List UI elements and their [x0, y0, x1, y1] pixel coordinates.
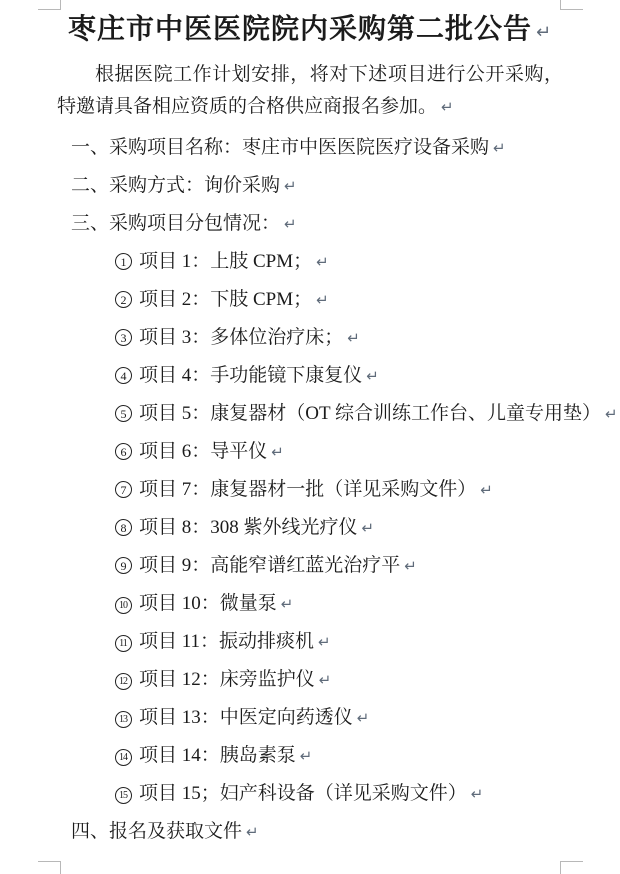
paragraph-mark-icon: ↵ — [347, 329, 360, 347]
section-heading-text: 一、采购项目名称：枣庄市中医医院医疗设备采购 — [71, 137, 489, 158]
list-item: 7项目 7：康复器材一批（详见采购文件）↵ — [115, 471, 563, 509]
item-number-badge: 13 — [115, 711, 132, 728]
item-number-badge: 15 — [115, 787, 132, 804]
item-number-badge: 5 — [115, 405, 132, 422]
item-text: 项目 14：胰岛素泵 — [139, 745, 296, 766]
doc-title-text: 枣庄市中医医院院内采购第二批公告 — [68, 14, 532, 45]
item-text: 项目 6：导平仪 — [139, 441, 267, 462]
section-heading-text: 四、报名及获取文件 — [71, 821, 242, 842]
item-text: 项目 7：康复器材一批（详见采购文件） — [139, 479, 476, 500]
list-item: 6项目 6：导平仪↵ — [115, 433, 563, 471]
section-heading-1: 一、采购项目名称：枣庄市中医医院医疗设备采购↵ — [71, 129, 563, 167]
paragraph-mark-icon: ↵ — [471, 785, 484, 803]
intro-paragraph: 根据医院工作计划安排，将对下述项目进行公开采购，特邀请具备相应资质的合格供应商报… — [57, 59, 563, 123]
item-text: 项目 10：微量泵 — [139, 593, 277, 614]
list-item: 3项目 3：多体位治疗床；↵ — [115, 319, 563, 357]
list-item: 12项目 12：床旁监护仪↵ — [115, 661, 563, 699]
paragraph-mark-icon: ↵ — [281, 595, 294, 613]
item-number-badge: 14 — [115, 749, 132, 766]
paragraph-mark-icon: ↵ — [316, 253, 329, 271]
text-boundary-mark-bottom-left — [38, 861, 61, 874]
list-item: 11项目 11：振动排痰机↵ — [115, 623, 563, 661]
paragraph-mark-icon: ↵ — [404, 557, 417, 575]
item-text: 项目 5：康复器材（OT 综合训练工作台、儿童专用垫） — [139, 403, 601, 424]
list-item: 10项目 10：微量泵↵ — [115, 585, 563, 623]
list-item: 4项目 4：手功能镜下康复仪↵ — [115, 357, 563, 395]
list-item: 13项目 13：中医定向药透仪↵ — [115, 699, 563, 737]
doc-title: 枣庄市中医医院院内采购第二批公告↵ — [57, 12, 563, 51]
item-number-badge: 4 — [115, 367, 132, 384]
item-number-badge: 1 — [115, 253, 132, 270]
section-heading-text: 二、采购方式：询价采购 — [71, 175, 280, 196]
paragraph-mark-icon: ↵ — [362, 519, 375, 537]
paragraph-mark-icon: ↵ — [319, 671, 332, 689]
item-number-badge: 6 — [115, 443, 132, 460]
list-item: 8项目 8：308 紫外线光疗仪↵ — [115, 509, 563, 547]
paragraph-mark-icon: ↵ — [246, 823, 259, 841]
item-number-badge: 9 — [115, 557, 132, 574]
paragraph-mark-icon: ↵ — [366, 367, 379, 385]
item-number-badge: 7 — [115, 481, 132, 498]
list-item: 5项目 5：康复器材（OT 综合训练工作台、儿童专用垫）↵ — [115, 395, 563, 433]
item-text: 项目 12：床旁监护仪 — [139, 669, 315, 690]
item-number-badge: 11 — [115, 635, 132, 652]
project-list: 1项目 1：上肢 CPM；↵ 2项目 2：下肢 CPM；↵ 3项目 3：多体位治… — [57, 243, 563, 813]
item-number-badge: 3 — [115, 329, 132, 346]
item-text: 项目 15；妇产科设备（详见采购文件） — [139, 783, 467, 804]
item-text: 项目 9：高能窄谱红蓝光治疗平 — [139, 555, 400, 576]
item-text: 项目 4：手功能镜下康复仪 — [139, 365, 362, 386]
item-number-badge: 10 — [115, 597, 132, 614]
list-item: 14项目 14：胰岛素泵↵ — [115, 737, 563, 775]
paragraph-mark-icon: ↵ — [493, 139, 506, 157]
text-boundary-mark-top-right — [560, 0, 583, 10]
intro-text: 根据医院工作计划安排，将对下述项目进行公开采购，特邀请具备相应资质的合格供应商报… — [57, 64, 563, 117]
paragraph-mark-icon: ↵ — [284, 177, 297, 195]
item-text: 项目 13：中医定向药透仪 — [139, 707, 353, 728]
item-text: 项目 1：上肢 CPM； — [139, 251, 312, 272]
section-heading-4: 四、报名及获取文件↵ — [71, 813, 563, 851]
item-text: 项目 3：多体位治疗床； — [139, 327, 343, 348]
paragraph-mark-icon: ↵ — [605, 405, 618, 423]
paragraph-mark-icon: ↵ — [441, 98, 454, 116]
paragraph-mark-icon: ↵ — [300, 747, 313, 765]
paragraph-mark-icon: ↵ — [480, 481, 493, 499]
item-number-badge: 2 — [115, 291, 132, 308]
list-item: 15项目 15；妇产科设备（详见采购文件）↵ — [115, 775, 563, 813]
item-number-badge: 12 — [115, 673, 132, 690]
list-item: 1项目 1：上肢 CPM；↵ — [115, 243, 563, 281]
document-page: 枣庄市中医医院院内采购第二批公告↵ 根据医院工作计划安排，将对下述项目进行公开采… — [57, 0, 563, 851]
section-heading-2: 二、采购方式：询价采购↵ — [71, 167, 563, 205]
item-text: 项目 8：308 紫外线光疗仪 — [139, 517, 358, 538]
section-heading-text: 三、采购项目分包情况： — [71, 213, 280, 234]
list-item: 2项目 2：下肢 CPM；↵ — [115, 281, 563, 319]
paragraph-mark-icon: ↵ — [357, 709, 370, 727]
paragraph-mark-icon: ↵ — [316, 291, 329, 309]
text-boundary-mark-bottom-right — [560, 861, 583, 874]
paragraph-mark-icon: ↵ — [536, 22, 552, 43]
list-item: 9项目 9：高能窄谱红蓝光治疗平↵ — [115, 547, 563, 585]
item-number-badge: 8 — [115, 519, 132, 536]
item-text: 项目 11：振动排痰机 — [139, 631, 314, 652]
paragraph-mark-icon: ↵ — [318, 633, 331, 651]
section-heading-3: 三、采购项目分包情况：↵ — [71, 205, 563, 243]
paragraph-mark-icon: ↵ — [271, 443, 284, 461]
paragraph-mark-icon: ↵ — [284, 215, 297, 233]
item-text: 项目 2：下肢 CPM； — [139, 289, 312, 310]
